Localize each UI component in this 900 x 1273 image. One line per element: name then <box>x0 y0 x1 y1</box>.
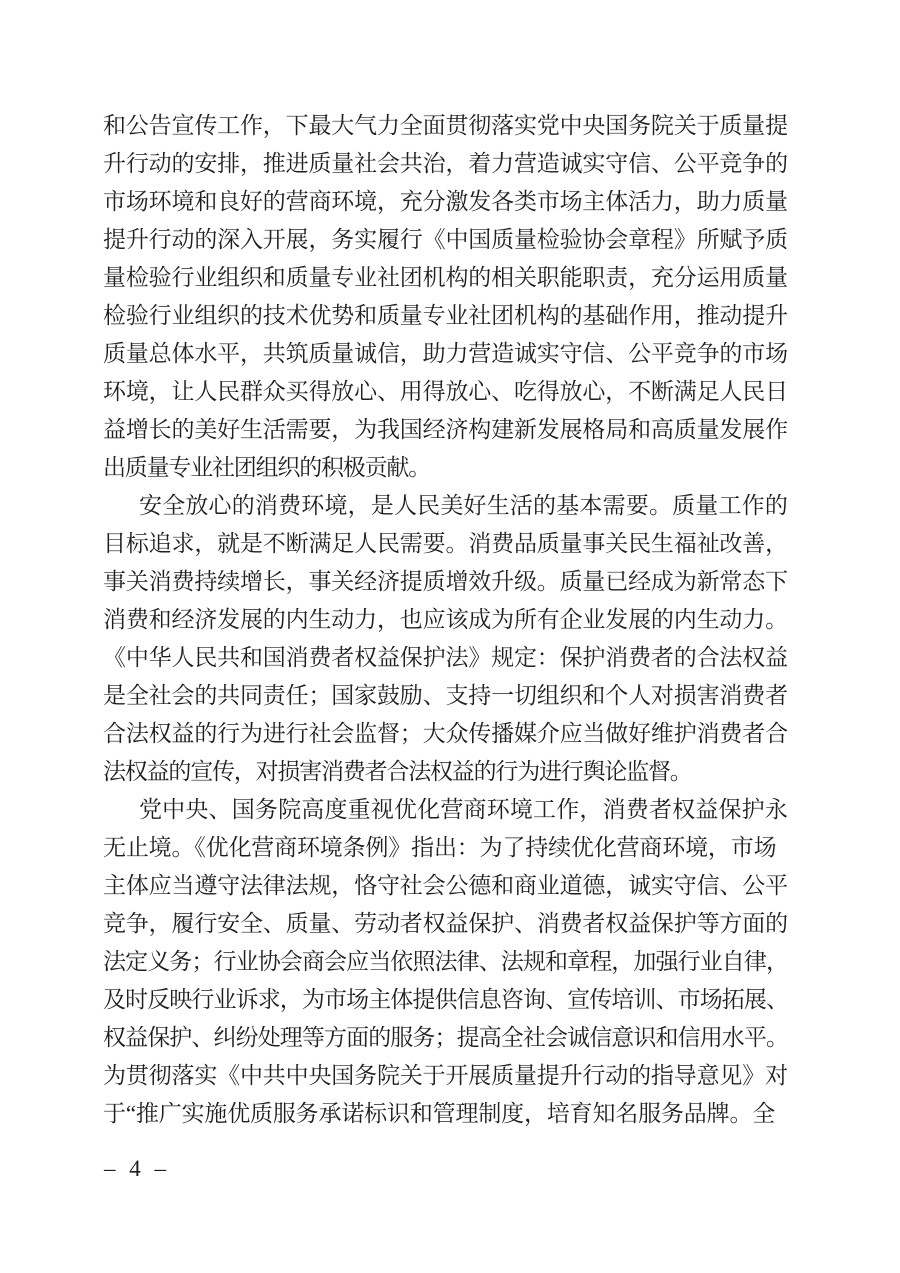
text-line: 事关消费持续增长，事关经济提质增效升级。质量已经成为新常态下 <box>103 563 788 601</box>
text-line: 合法权益的行为进行社会监督；大众传播媒介应当做好维护消费者合 <box>103 715 788 753</box>
text-line: 竞争，履行安全、质量、劳动者权益保护、消费者权益保护等方面的 <box>103 905 788 943</box>
text-line: 为贯彻落实《中共中央国务院关于开展质量提升行动的指导意见》对 <box>103 1057 788 1095</box>
text-line: 权益保护、纠纷处理等方面的服务；提高全社会诚信意识和信用水平。 <box>103 1019 788 1057</box>
text-line: 及时反映行业诉求，为市场主体提供信息咨询、宣传培训、市场拓展、 <box>103 981 788 1019</box>
page-number: – 4 – <box>104 1150 170 1188</box>
text-line: 法定义务；行业协会商会应当依照法律、法规和章程，加强行业自律， <box>103 943 788 981</box>
text-line: 无止境。《优化营商环境条例》指出：为了持续优化营商环境，市场 <box>103 829 788 867</box>
text-line: 量检验行业组织和质量专业社团机构的相关职能职责，充分运用质量 <box>103 259 788 297</box>
text-line: 安全放心的消费环境，是人民美好生活的基本需要。质量工作的 <box>103 487 788 525</box>
text-line: 检验行业组织的技术优势和质量专业社团机构的基础作用，推动提升 <box>103 297 788 335</box>
text-line: 目标追求，就是不断满足人民需要。消费品质量事关民生福祉改善， <box>103 525 788 563</box>
text-line: 消费和经济发展的内生动力，也应该成为所有企业发展的内生动力。 <box>103 601 788 639</box>
text-line: 环境，让人民群众买得放心、用得放心、吃得放心，不断满足人民日 <box>103 373 788 411</box>
text-line: 于“推广实施优质服务承诺标识和管理制度，培育知名服务品牌。全 <box>103 1095 788 1133</box>
text-line: 益增长的美好生活需要，为我国经济构建新发展格局和高质量发展作 <box>103 411 788 449</box>
text-line: 出质量专业社团组织的积极贡献。 <box>103 449 788 487</box>
text-line: 是全社会的共同责任；国家鼓励、支持一切组织和个人对损害消费者 <box>103 677 788 715</box>
text-line: 质量总体水平，共筑质量诚信，助力营造诚实守信、公平竞争的市场 <box>103 335 788 373</box>
text-line: 《中华人民共和国消费者权益保护法》规定：保护消费者的合法权益 <box>103 639 788 677</box>
text-line: 市场环境和良好的营商环境，充分激发各类市场主体活力，助力质量 <box>103 183 788 221</box>
text-line: 升行动的安排，推进质量社会共治，着力营造诚实守信、公平竞争的 <box>103 145 788 183</box>
text-line: 法权益的宣传，对损害消费者合法权益的行为进行舆论监督。 <box>103 753 788 791</box>
document-page: 和公告宣传工作，下最大气力全面贯彻落实党中央国务院关于质量提升行动的安排，推进质… <box>0 0 900 1273</box>
text-line: 党中央、国务院高度重视优化营商环境工作，消费者权益保护永 <box>103 791 788 829</box>
text-line: 主体应当遵守法律法规，恪守社会公德和商业道德，诚实守信、公平 <box>103 867 788 905</box>
document-body: 和公告宣传工作，下最大气力全面贯彻落实党中央国务院关于质量提升行动的安排，推进质… <box>103 107 788 1133</box>
text-line: 和公告宣传工作，下最大气力全面贯彻落实党中央国务院关于质量提 <box>103 107 788 145</box>
text-line: 提升行动的深入开展，务实履行《中国质量检验协会章程》所赋予质 <box>103 221 788 259</box>
